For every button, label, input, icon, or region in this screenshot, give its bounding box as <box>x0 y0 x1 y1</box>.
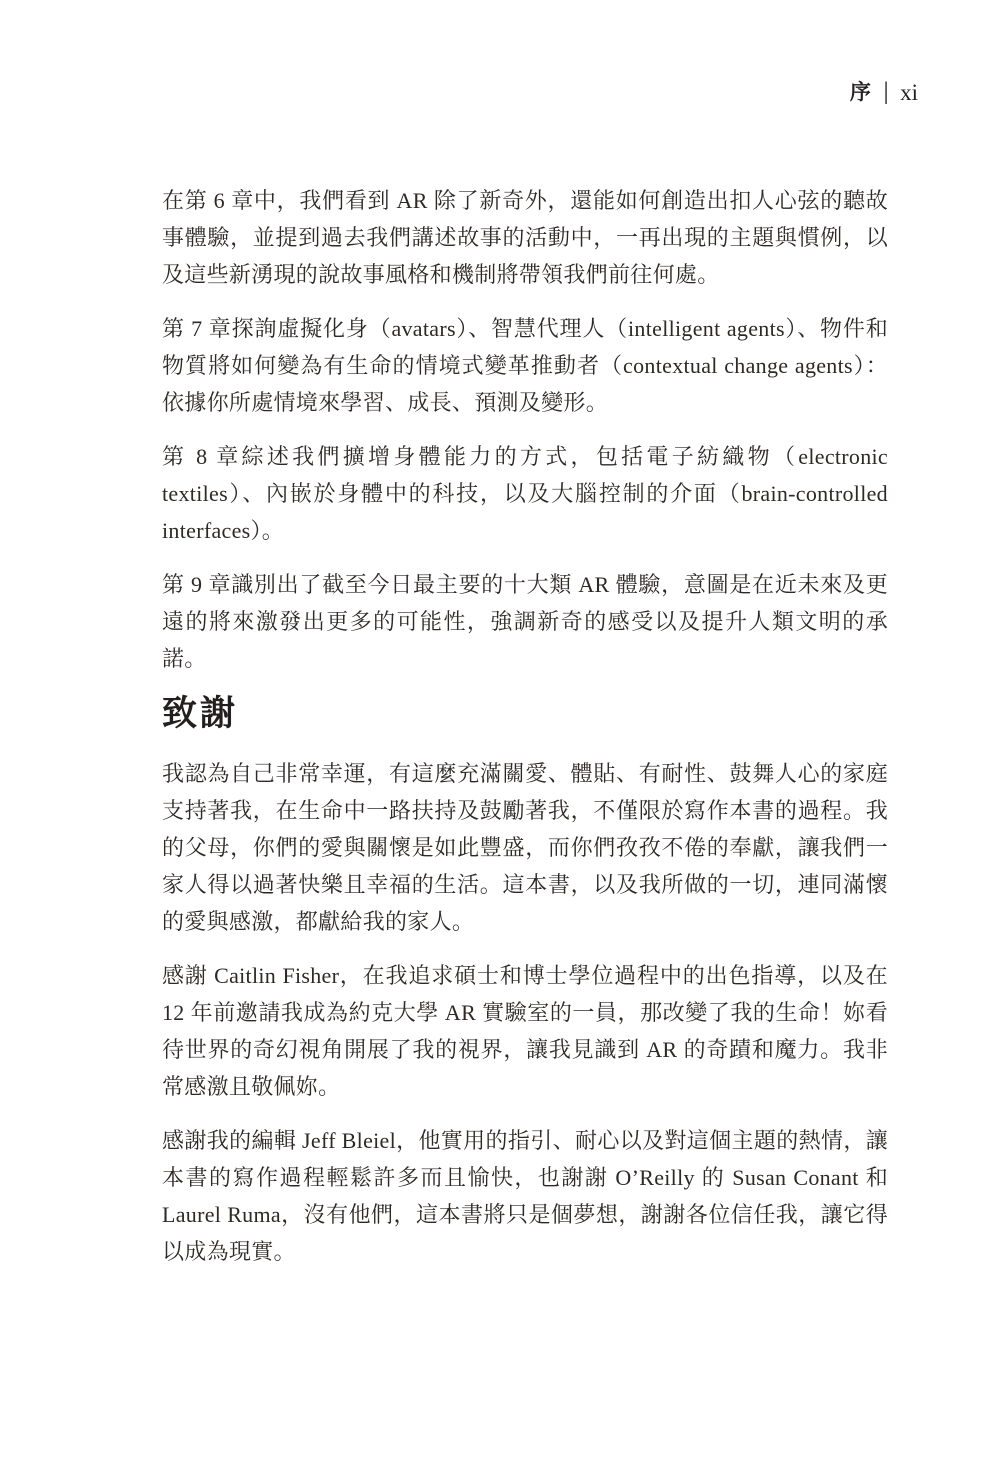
body-paragraph-chapter-9: 第 9 章識別出了截至今日最主要的十大類 AR 體驗，意圖是在近未來及更遠的將來… <box>162 566 888 677</box>
acknowledgment-paragraph-family: 我認為自己非常幸運，有這麼充滿關愛、體貼、有耐性、鼓舞人心的家庭支持著我，在生命… <box>162 755 888 940</box>
body-paragraph-chapter-7: 第 7 章探詢虛擬化身（avatars）、智慧代理人（intelligent a… <box>162 310 888 421</box>
body-paragraph-chapter-8: 第 8 章綜述我們擴增身體能力的方式，包括電子紡織物（electronic te… <box>162 438 888 549</box>
book-page: 序 | xi 在第 6 章中，我們看到 AR 除了新奇外，還能如何創造出扣人心弦… <box>0 0 1000 1484</box>
header-page-number: xi <box>900 81 918 104</box>
running-header: 序 | xi <box>850 80 918 104</box>
header-section-label: 序 <box>850 82 872 103</box>
page-body: 在第 6 章中，我們看到 AR 除了新奇外，還能如何創造出扣人心弦的聽故事體驗，… <box>162 182 888 1287</box>
acknowledgment-paragraph-editors: 感謝我的編輯 Jeff Bleiel，他實用的指引、耐心以及對這個主題的熱情，讓… <box>162 1122 888 1270</box>
acknowledgment-paragraph-caitlin-fisher: 感謝 Caitlin Fisher，在我追求碩士和博士學位過程中的出色指導，以及… <box>162 957 888 1105</box>
body-paragraph-chapter-6: 在第 6 章中，我們看到 AR 除了新奇外，還能如何創造出扣人心弦的聽故事體驗，… <box>162 182 888 293</box>
acknowledgments-heading: 致謝 <box>162 694 888 734</box>
header-separator-bar: | <box>884 80 888 104</box>
